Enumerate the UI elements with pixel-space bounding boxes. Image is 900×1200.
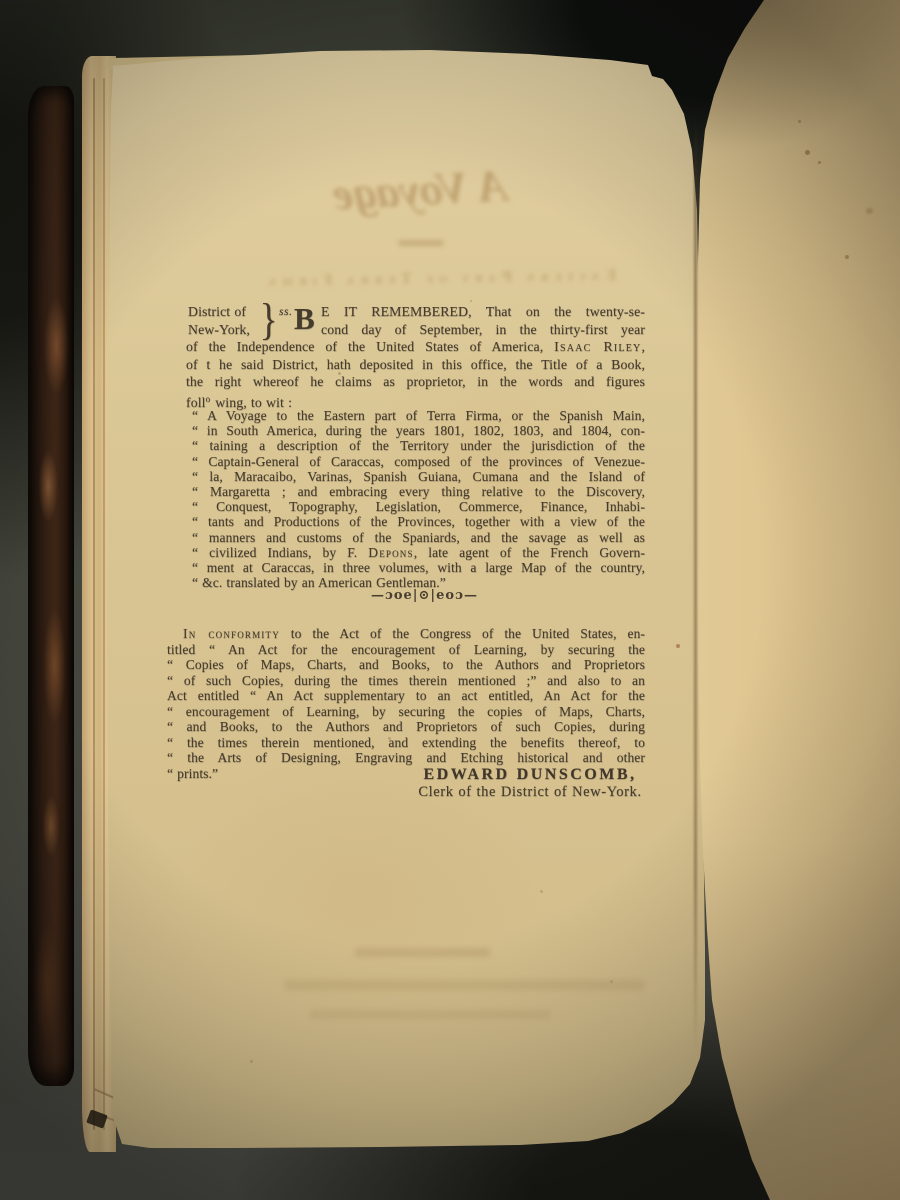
statement-line: cond day of September, in the thirty-fir… (321, 321, 645, 339)
foxing-spot (866, 208, 873, 214)
statement-line: of the Independence of the United States… (186, 338, 645, 356)
foxing-spot (470, 300, 472, 302)
book-photo: A Voyage Eastern Part of Terra Firma Dis… (0, 0, 900, 1200)
statement-line: E IT REMEMBERED, That on the twenty-se- (321, 303, 645, 321)
foxing-spot (388, 737, 391, 740)
gutter-shadow (694, 115, 697, 1050)
show-through-imprint-line (355, 948, 490, 957)
foxing-spot (540, 890, 543, 893)
statement-line: the right whereof he claims as proprieto… (186, 373, 645, 391)
drop-cap: B (294, 303, 315, 334)
foxing-spot (610, 980, 613, 983)
conformity-paragraph: In conformity to the Act of the Congress… (167, 626, 645, 781)
foxing-spot (215, 520, 217, 522)
statement-header: District of New-York, } ss. B E IT REMEM… (186, 303, 645, 338)
foxing-spot (250, 1060, 253, 1063)
clerk-signature-title: Clerk of the District of New-York. (335, 784, 725, 801)
foxing-spot (845, 255, 849, 259)
statement-line: follo wing, to wit : (186, 391, 645, 409)
ss-abbreviation: ss. (279, 306, 292, 318)
statement-line: of t he said District, hath deposited in… (186, 356, 645, 374)
quote-text: “ civilized Indians, by F. (192, 545, 368, 560)
book-title-quotation: “ A Voyage to the Eastern part of Terra … (192, 408, 645, 590)
quote-text: , late agent of the French Govern- (414, 545, 645, 560)
statement-text: , (641, 339, 645, 354)
district-label: District of (188, 303, 246, 321)
in-conformity-smallcaps: In conformity (183, 626, 280, 641)
show-through-imprint-line (310, 1010, 550, 1019)
conformity-line: “ the times therein mentioned, and exten… (167, 735, 645, 751)
divider-ornament: —ɔoe|⊙|eoɔ— (192, 588, 651, 604)
quote-line: “ A Voyage to the Eastern part of Terra … (192, 408, 645, 423)
conformity-line: “ Copies of Maps, Charts, and Books, to … (167, 657, 645, 673)
quote-line: “ Conquest, Topography, Legislation, Com… (192, 499, 645, 514)
copyright-statement: District of New-York, } ss. B E IT REMEM… (186, 303, 645, 408)
conformity-line: “ of such Copies, during the times there… (167, 673, 645, 689)
foxing-spot (818, 161, 821, 164)
conformity-line: titled “ An Act for the encouragement of… (167, 642, 645, 658)
clerk-signature-name: EDWARD DUNSCOMB, (335, 766, 725, 784)
statement-text: of the Independence of the United States… (186, 339, 554, 354)
book-spine (28, 86, 74, 1086)
foxing-spot (338, 372, 341, 375)
foxing-spot (798, 120, 801, 123)
show-through-subtitle: Eastern Part of Terra Firma (235, 260, 645, 295)
district-label: New-York, (188, 321, 250, 339)
conformity-line: “ the Arts of Designing, Engraving and E… (167, 750, 645, 766)
brace-glyph: } (260, 298, 278, 342)
page-edge-seam (103, 78, 105, 1130)
page-edge-seam (93, 78, 95, 1130)
quote-line: “ in South America, during the years 180… (192, 423, 645, 438)
conformity-line: “ and Books, to the Authors and Propriet… (167, 719, 645, 735)
quote-line: “ manners and customs of the Spaniards, … (192, 530, 645, 545)
show-through-ornament (398, 240, 444, 246)
quote-line: “ Margaretta ; and embracing every thing… (192, 484, 645, 499)
proprietor-name: Isaac Riley (554, 339, 641, 354)
conformity-line: Act entitled “ An Act supplementary to a… (167, 688, 645, 704)
quote-line: “ tants and Productions of the Provinces… (192, 514, 645, 529)
conformity-line: In conformity to the Act of the Congress… (167, 626, 645, 642)
quote-line: “ taining a description of the Territory… (192, 438, 645, 453)
conformity-text: to the Act of the Congress of the United… (280, 626, 645, 641)
foxing-spot (676, 644, 680, 648)
quote-line: “ civilized Indians, by F. Depons, late … (192, 545, 645, 560)
show-through-imprint-line (285, 980, 645, 990)
show-through-title: A Voyage (299, 154, 542, 228)
foxing-spot (805, 150, 810, 155)
quote-line: “ ment at Caraccas, in three volumes, wi… (192, 560, 645, 575)
quote-line: “ la, Maracaibo, Varinas, Spanish Guiana… (192, 469, 645, 484)
quote-line: “ Captain-General of Caraccas, composed … (192, 454, 645, 469)
author-name: Depons (368, 545, 413, 560)
conformity-line: “ encouragement of Learning, by securing… (167, 704, 645, 720)
